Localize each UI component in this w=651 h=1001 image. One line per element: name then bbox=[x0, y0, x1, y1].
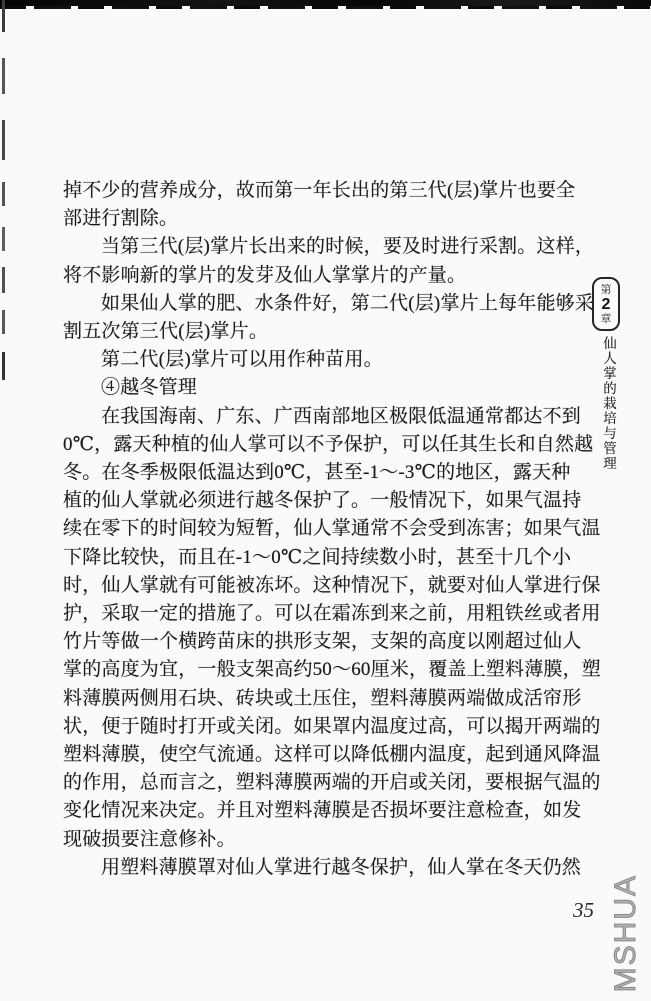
scan-edge-dash bbox=[2, 310, 5, 334]
chapter-badge-prefix: 第 bbox=[601, 284, 612, 296]
scan-edge-dash bbox=[2, 58, 5, 94]
scan-edge-dash bbox=[2, 182, 5, 206]
scan-edge-artifact-top bbox=[0, 0, 651, 9]
page-number: 35 bbox=[573, 898, 594, 923]
paragraph: 第二代(层)掌片可以用作种苗用。 bbox=[63, 346, 583, 374]
paragraph: 当第三代(层)掌片长出来的时候，要及时进行采割。这样， 将不影响新的掌片的发芽及… bbox=[63, 233, 583, 289]
watermark-text: MSHUA bbox=[609, 874, 643, 992]
chapter-badge-number: 2 bbox=[602, 296, 611, 313]
page-body-text: 掉不少的营养成分，故而第一年长出的第三代(层)掌片也要全 部进行割除。 当第三代… bbox=[63, 177, 583, 882]
paragraph-continuation: 掉不少的营养成分，故而第一年长出的第三代(层)掌片也要全 部进行割除。 bbox=[63, 177, 583, 233]
scan-edge-dash bbox=[2, 352, 5, 380]
chapter-title-vertical: 仙人掌的栽培与管理 bbox=[598, 336, 618, 471]
scan-edge-dash bbox=[2, 120, 5, 160]
scanned-book-page: 掉不少的营养成分，故而第一年长出的第三代(层)掌片也要全 部进行割除。 当第三代… bbox=[0, 0, 651, 1001]
scan-edge-dash bbox=[2, 0, 5, 32]
section-heading-overwinter: ④越冬管理 bbox=[63, 374, 583, 402]
paragraph: 在我国海南、广东、广西南部地区极限低温通常都达不到 0℃，露天种植的仙人掌可以不… bbox=[63, 403, 583, 854]
chapter-badge: 第 2 章 bbox=[592, 277, 620, 331]
scan-edge-dash bbox=[2, 227, 5, 251]
paragraph: 如果仙人掌的肥、水条件好，第二代(层)掌片上每年能够采 割五次第三代(层)掌片。 bbox=[63, 290, 583, 346]
scan-edge-ragged bbox=[0, 6, 651, 9]
scan-edge-dash bbox=[2, 267, 5, 293]
chapter-badge-suffix: 章 bbox=[601, 313, 612, 325]
paragraph: 用塑料薄膜罩对仙人掌进行越冬保护，仙人掌在冬天仍然 bbox=[63, 854, 583, 882]
